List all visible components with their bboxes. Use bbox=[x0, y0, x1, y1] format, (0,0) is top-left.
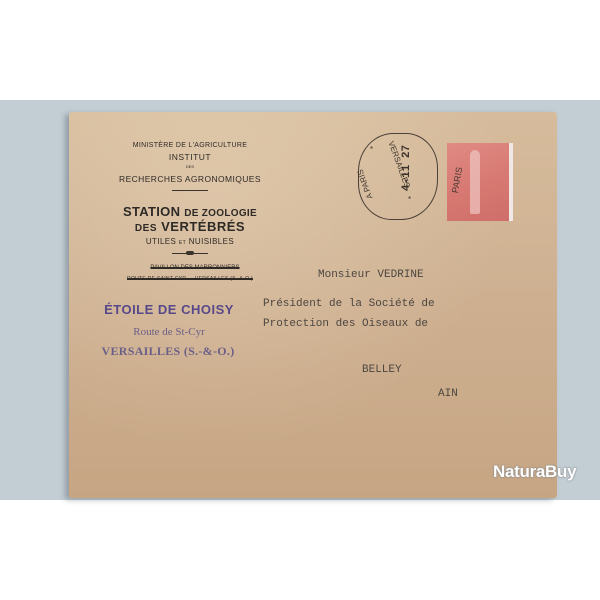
utiles-word: UTILES bbox=[146, 237, 176, 246]
sower-figure-icon bbox=[470, 150, 480, 214]
letterhead-divider bbox=[172, 190, 208, 191]
letterhead-utiles-nuisibles: UTILES ET NUISIBLES bbox=[92, 237, 288, 246]
zoologie-words: DE ZOOLOGIE bbox=[184, 208, 257, 219]
overstamp-street: Route de St-Cyr bbox=[84, 326, 254, 338]
postmark-date: 4-11 27 bbox=[401, 145, 413, 191]
des-word: DES bbox=[135, 223, 157, 234]
recipient-name: Monsieur VEDRINE bbox=[318, 269, 424, 281]
letterhead-institute: INSTITUT bbox=[105, 152, 275, 162]
postmark-star-icon: * bbox=[370, 145, 373, 154]
vertebres-word: VERTÉBRÉS bbox=[161, 219, 245, 234]
struck-pavilion: PAVILLON DES MARRONNIERS bbox=[120, 265, 270, 271]
letterhead-vertebres: DES VERTÉBRÉS bbox=[92, 219, 288, 234]
et-word: ET bbox=[179, 240, 186, 246]
recipient-dept: AIN bbox=[438, 388, 458, 400]
ornament-divider bbox=[172, 253, 208, 254]
letterhead-research: RECHERCHES AGRONOMIQUES bbox=[95, 174, 285, 184]
recipient-title: Président de la Société de bbox=[263, 298, 435, 310]
station-word: STATION bbox=[123, 204, 180, 219]
naturabuy-watermark: NaturaBuy bbox=[493, 462, 576, 482]
letterhead-ministry: MINISTÈRE DE L'AGRICULTURE bbox=[105, 142, 275, 149]
postmark-star-icon: * bbox=[408, 195, 411, 204]
nuisibles-word: NUISIBLES bbox=[189, 237, 234, 246]
recipient-town: BELLEY bbox=[362, 364, 402, 376]
struck-address: ROUTE DE SAINT-CYR — VERSAILLES (S.-&-O.… bbox=[92, 276, 288, 282]
overstamp-name: ÉTOILE DE CHOISY bbox=[84, 302, 254, 317]
letterhead-des: DES bbox=[105, 164, 275, 169]
recipient-org: Protection des Oiseaux de bbox=[263, 318, 428, 330]
letterhead-station: STATION DE ZOOLOGIE bbox=[92, 204, 288, 219]
overstamp-city: VERSAILLES (S.-&-O.) bbox=[78, 344, 258, 359]
